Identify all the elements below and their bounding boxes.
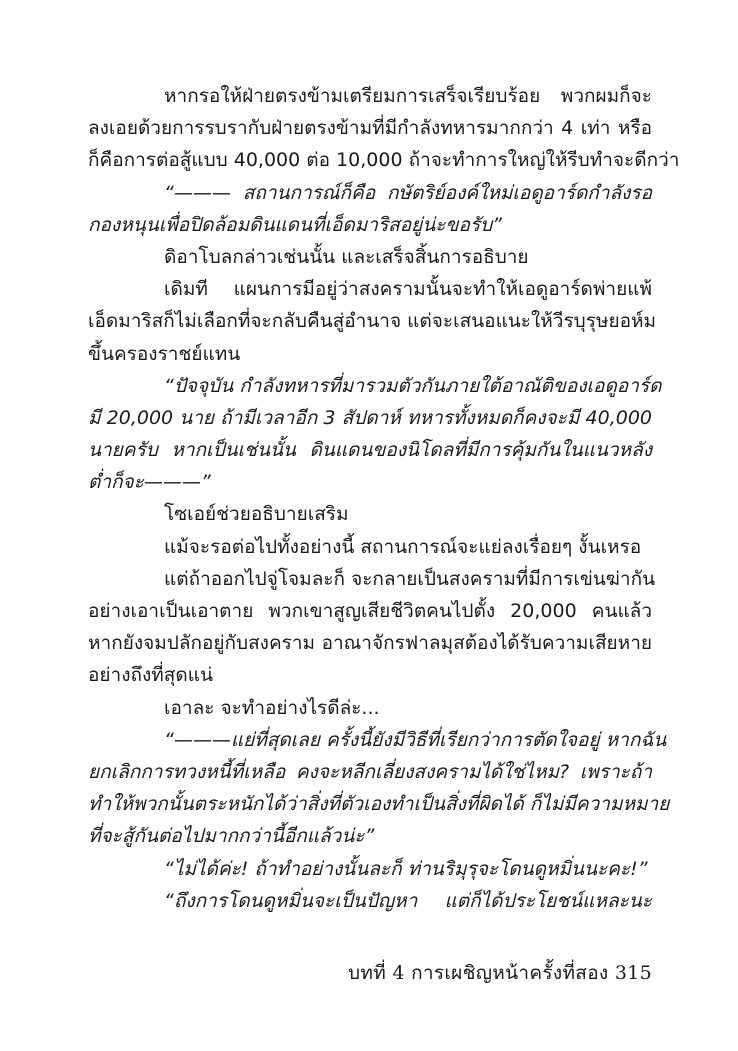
dialogue-line: มี 20,000 นาย ถ้ามีเวลาอีก 3 สัปดาห์ ทหา… [88, 402, 652, 434]
dialogue-line: “———แย่ที่สุดเลย ครั้งนี้ยังมีวิธีที่เรี… [88, 724, 652, 756]
text-line: ลงเอยด้วยการรบรากับฝ่ายตรงข้ามที่มีกำลัง… [88, 112, 652, 144]
text-line: หากรอให้ฝ่ายตรงข้ามเตรียมการเสร็จเรียบร้… [88, 80, 652, 112]
text-line: หากยังจมปลักอยู่กับสงคราม อาณาจักรฟาลมุส… [88, 627, 652, 659]
text-line: โซเอย์ช่วยอธิบายเสริม [88, 498, 652, 530]
dialogue-line: “——— สถานการณ์ก็คือ กษัตริย์องค์ใหม่เอดู… [88, 177, 652, 209]
dialogue-line: ที่จะสู้กันต่อไปมากกว่านี้อีกแล้วน่ะ” [88, 820, 652, 852]
text-line: ดิอาโบลกล่าวเช่นนั้น และเสร็จสิ้นการอธิบ… [88, 241, 652, 273]
text-line: ขึ้นครองราชย์แทน [88, 338, 652, 370]
text-line: เอ็ดมาริสก็ไม่เลือกที่จะกลับคืนสู่อำนาจ … [88, 305, 652, 337]
dialogue-line: “ปัจจุบัน กำลังทหารที่มารวมตัวกันภายใต้อ… [88, 370, 652, 402]
dialogue-line: “ไม่ได้ค่ะ! ถ้าทำอย่างนั้นละก็ ท่านริมุร… [88, 853, 652, 885]
text-line: ก็คือการต่อสู้แบบ 40,000 ต่อ 10,000 ถ้าจ… [88, 144, 652, 176]
dialogue-line: ทำให้พวกนั้นตระหนักได้ว่าสิ่งที่ตัวเองทำ… [88, 788, 652, 820]
text-line: อย่างเอาเป็นเอาตาย พวกเขาสูญเสียชีวิตคนไ… [88, 595, 652, 627]
dialogue-line: ต่ำก็จะ———” [88, 466, 652, 498]
text-line: เอาละ จะทำอย่างไรดีล่ะ... [88, 692, 652, 724]
body-text: หากรอให้ฝ่ายตรงข้ามเตรียมการเสร็จเรียบร้… [88, 80, 652, 917]
dialogue-line: “ถึงการโดนดูหมิ่นจะเป็นปัญหา แต่ก็ได้ประ… [88, 885, 652, 917]
text-line: แต่ถ้าออกไปจู่โจมละก็ จะกลายเป็นสงครามที… [88, 563, 652, 595]
book-page: หากรอให้ฝ่ายตรงข้ามเตรียมการเสร็จเรียบร้… [0, 0, 738, 1051]
text-line: อย่างถึงที่สุดแน่ [88, 659, 652, 691]
text-line: แม้จะรอต่อไปทั้งอย่างนี้ สถานการณ์จะแย่ล… [88, 531, 652, 563]
dialogue-line: กองหนุนเพื่อปิดล้อมดินแดนที่เอ็ดมาริสอยู… [88, 209, 652, 241]
dialogue-line: นายครับ หากเป็นเช่นนั้น ดินแดนของนิโดลที… [88, 434, 652, 466]
chapter-title-and-page-number: บทที่ 4 การเผชิญหน้าครั้งที่สอง 315 [348, 962, 652, 984]
running-footer: บทที่ 4 การเผชิญหน้าครั้งที่สอง 315 [340, 958, 652, 988]
text-line: เดิมที แผนการมีอยู่ว่าสงครามนั้นจะทำให้เ… [88, 273, 652, 305]
dialogue-line: ยกเลิกการทวงหนี้ที่เหลือ คงจะหลีกเลี่ยงส… [88, 756, 652, 788]
